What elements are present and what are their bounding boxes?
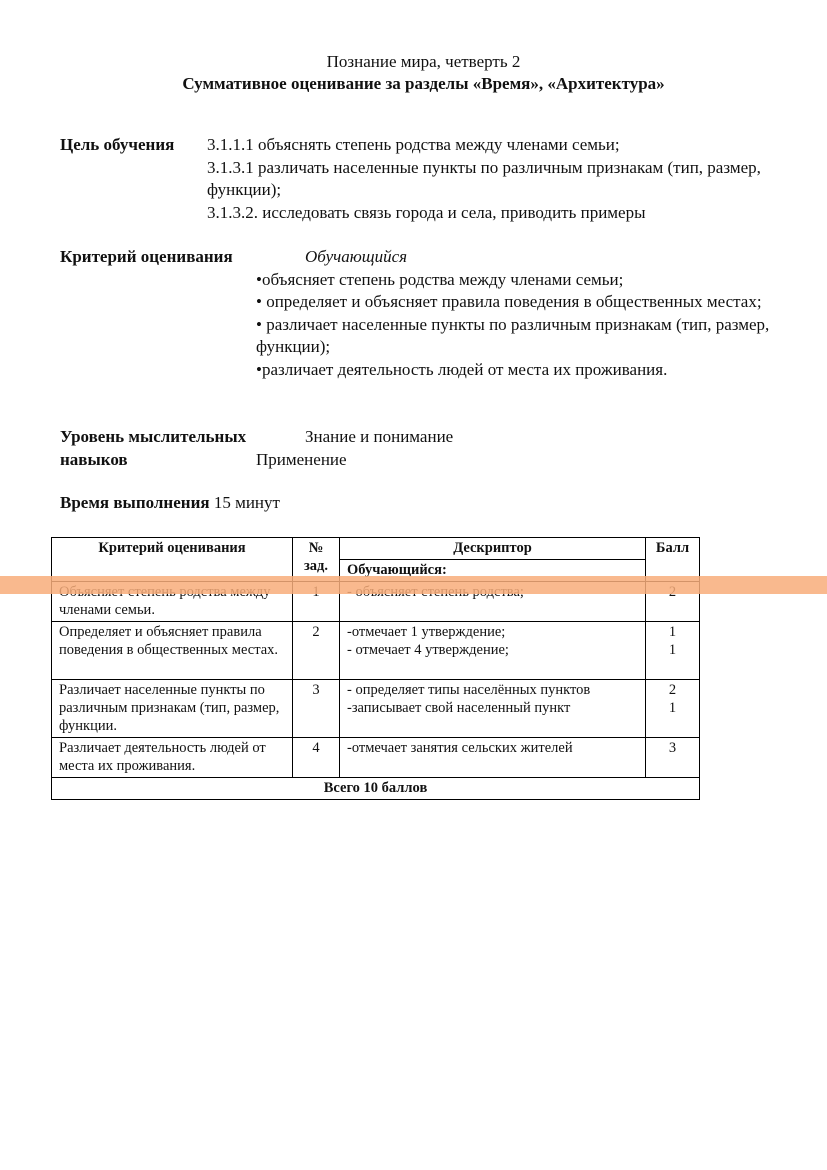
descriptor-item: -записывает свой населенный пункт <box>347 699 638 717</box>
completion-time-label: Время выполнения <box>60 493 210 512</box>
score-value: 2 <box>653 583 692 601</box>
score-cell: 1 1 <box>646 622 700 680</box>
descriptor-item: -отмечает занятия сельских жителей <box>347 739 638 757</box>
table-row: Различает населенные пункты по различным… <box>52 680 700 738</box>
learning-goals-label: Цель обучения <box>60 134 174 157</box>
thinking-skills-label-line1: Уровень мыслительных <box>60 426 246 449</box>
header-descriptor-sub: Обучающийся: <box>340 560 646 582</box>
score-cell: 2 <box>646 582 700 622</box>
header-criterion: Критерий оценивания <box>52 538 293 582</box>
assessment-criteria-label: Критерий оценивания <box>60 246 233 269</box>
subject-line: Познание мира, четверть 2 <box>0 51 827 73</box>
criteria-list: •объясняет степень родства между членами… <box>256 269 786 382</box>
criteria-item: • определяет и объясняет правила поведен… <box>256 291 786 314</box>
header-task-number: № зад. <box>293 538 340 582</box>
descriptor-cell: - определяет типы населённых пунктов -за… <box>340 680 646 738</box>
criteria-item: •различает деятельность людей от места и… <box>256 359 786 382</box>
criterion-cell: Определяет и объясняет правила поведения… <box>52 622 293 680</box>
total-score: Всего 10 баллов <box>52 778 700 800</box>
task-number-cell: 4 <box>293 738 340 778</box>
criteria-item: • различает населенные пункты по различн… <box>256 314 786 359</box>
task-number-cell: 2 <box>293 622 340 680</box>
learning-goal: 3.1.3.1 различать населенные пункты по р… <box>207 157 797 202</box>
learning-goal: 3.1.3.2. исследовать связь города и села… <box>207 202 797 225</box>
header-score: Балл <box>646 538 700 582</box>
document-header: Познание мира, четверть 2 Суммативное оц… <box>0 51 827 95</box>
descriptor-item: - определяет типы населённых пунктов <box>347 681 638 699</box>
descriptor-item: - объясняет степень родства; <box>347 583 638 601</box>
thinking-skill-level: Знание и понимание <box>305 426 453 449</box>
task-number-cell: 3 <box>293 680 340 738</box>
learning-goals-list: 3.1.1.1 объяснять степень родства между … <box>207 134 797 224</box>
table-row: Определяет и объясняет правила поведения… <box>52 622 700 680</box>
score-value: 3 <box>653 739 692 757</box>
descriptor-cell: -отмечает 1 утверждение; - отмечает 4 ут… <box>340 622 646 680</box>
assessment-table: Критерий оценивания № зад. Дескриптор Ба… <box>51 537 700 800</box>
descriptor-cell: -отмечает занятия сельских жителей <box>340 738 646 778</box>
score-value: 2 <box>653 681 692 699</box>
descriptor-cell: - объясняет степень родства; <box>340 582 646 622</box>
score-value: 1 <box>653 641 692 659</box>
completion-time-value: 15 минут <box>214 493 280 512</box>
completion-time-section: Время выполнения 15 минут <box>60 492 660 515</box>
score-value: 1 <box>653 699 692 717</box>
criterion-cell: Различает деятельность людей от места их… <box>52 738 293 778</box>
descriptor-item: -отмечает 1 утверждение; <box>347 623 638 641</box>
score-cell: 3 <box>646 738 700 778</box>
thinking-skill-level: Применение <box>256 449 347 472</box>
total-row: Всего 10 баллов <box>52 778 700 800</box>
task-number-cell: 1 <box>293 582 340 622</box>
descriptor-item: - отмечает 4 утверждение; <box>347 641 638 659</box>
score-cell: 2 1 <box>646 680 700 738</box>
learning-goal: 3.1.1.1 объяснять степень родства между … <box>207 134 797 157</box>
table-row: Различает деятельность людей от места их… <box>52 738 700 778</box>
document-title: Суммативное оценивание за разделы «Время… <box>0 73 827 95</box>
criterion-cell: Объясняет степень родства между членами … <box>52 582 293 622</box>
table-row: Объясняет степень родства между членами … <box>52 582 700 622</box>
criteria-item: •объясняет степень родства между членами… <box>256 269 786 292</box>
score-value: 1 <box>653 623 692 641</box>
thinking-skills-label-line2: навыков <box>60 449 128 472</box>
header-descriptor: Дескриптор <box>340 538 646 560</box>
table-header-row: Критерий оценивания № зад. Дескриптор Ба… <box>52 538 700 560</box>
criteria-intro: Обучающийся <box>305 246 407 269</box>
criterion-cell: Различает населенные пункты по различным… <box>52 680 293 738</box>
